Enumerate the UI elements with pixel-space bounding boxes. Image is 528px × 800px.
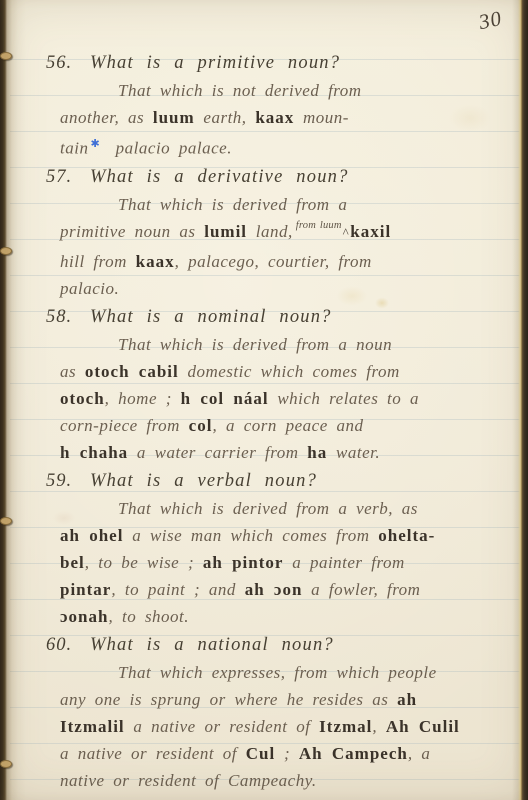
question-number: 59.	[46, 468, 90, 495]
text-segment: any one is sprung or where he resides as	[60, 690, 397, 709]
question-line: 56.What is a primitive noun?	[46, 50, 516, 77]
answer-line: another, as luum earth, kaax moun-	[60, 104, 516, 131]
answer-line: palacio.	[60, 275, 516, 302]
text-segment: moun-	[294, 108, 349, 127]
maya-word: ohelta-	[378, 526, 435, 545]
text-segment: That which expresses, from which people	[118, 663, 437, 682]
entries: 56.What is a primitive noun? That which …	[46, 50, 516, 796]
binding-stitch	[0, 517, 12, 525]
question-line: 58.What is a nominal noun?	[46, 304, 516, 331]
maya-word: ɔonah	[60, 607, 108, 626]
maya-word: h chaha	[60, 443, 128, 462]
text-segment: another, as	[60, 108, 153, 127]
answer-lines: That which is derived from aprimitive no…	[46, 191, 516, 302]
text-segment: , a	[408, 744, 431, 763]
qa-entry: 60.What is a national noun? That which e…	[46, 632, 516, 794]
maya-word: Itzmalil	[60, 717, 125, 736]
text-segment: , home ;	[105, 389, 181, 408]
maya-word: luum	[153, 108, 195, 127]
text-segment: water.	[327, 443, 380, 462]
qa-entry: 58.What is a nominal noun? That which is…	[46, 304, 516, 466]
maya-word: ah ɔon	[245, 580, 303, 599]
text-segment: That which is derived from a verb, as	[118, 499, 418, 518]
answer-line: bel, to be wise ; ah pintor a painter fr…	[60, 549, 516, 576]
question-text: What is a nominal noun?	[90, 307, 332, 327]
text-segment: a native or resident of	[60, 744, 246, 763]
text-segment: That which is not derived from	[118, 81, 362, 100]
blue-asterisk-mark: ✱	[90, 138, 99, 150]
qa-entry: 56.What is a primitive noun? That which …	[46, 50, 516, 162]
text-segment: a wise man which comes from	[123, 526, 378, 545]
answer-line: ɔonah, to shoot.	[60, 603, 516, 630]
answer-line: pintar, to paint ; and ah ɔon a fowler, …	[60, 576, 516, 603]
question-text: What is a verbal noun?	[90, 471, 317, 491]
answer-line: ah ohel a wise man which comes from ohel…	[60, 522, 516, 549]
answer-lines: That which expresses, from which peoplea…	[46, 659, 516, 794]
maya-word: bel	[60, 553, 85, 572]
question-number: 60.	[46, 632, 90, 659]
question-line: 60.What is a national noun?	[46, 632, 516, 659]
answer-line: primitive noun as lumil land,from luum^k…	[60, 218, 516, 248]
answer-line: Itzmalil a native or resident of Itzmal,…	[60, 713, 516, 740]
maya-word: pintar	[60, 580, 111, 599]
maya-word: Ah Campech	[299, 744, 408, 763]
answer-line: native or resident of Campeachy.	[60, 767, 516, 794]
binding-edge	[0, 0, 26, 800]
text-segment: , to paint ; and	[111, 580, 244, 599]
insertion-caret: ^	[343, 225, 350, 240]
text-segment: corn-piece from	[60, 416, 189, 435]
maya-word: ah pintor	[203, 553, 284, 572]
text-segment: , to be wise ;	[85, 553, 203, 572]
maya-word: Itzmal	[319, 717, 372, 736]
maya-word: ah ohel	[60, 526, 123, 545]
qa-entry: 59.What is a verbal noun? That which is …	[46, 468, 516, 630]
maya-word: otoch cabil	[85, 362, 179, 381]
answer-lines: That which is not derived fromanother, a…	[46, 77, 516, 162]
text-segment: ;	[275, 744, 299, 763]
question-number: 58.	[46, 304, 90, 331]
text-segment: palacio.	[60, 279, 119, 298]
answer-line: otoch, home ; h col náal which relates t…	[60, 385, 516, 412]
text-segment: a water carrier from	[128, 443, 307, 462]
manuscript-page: 30 56.What is a primitive noun? That whi…	[0, 0, 528, 800]
text-segment: native or resident of Campeachy.	[60, 771, 317, 790]
interlinear-note: from luum	[296, 212, 342, 239]
question-number: 57.	[46, 164, 90, 191]
qa-entry: 57.What is a derivative noun? That which…	[46, 164, 516, 302]
maya-word: Ah Culil	[386, 717, 460, 736]
answer-line: a native or resident of Cul ; Ah Campech…	[60, 740, 516, 767]
text-segment: That which is derived from a noun	[118, 335, 392, 354]
maya-word: Cul	[246, 744, 275, 763]
answer-line: h chaha a water carrier from ha water.	[60, 439, 516, 466]
answer-line: as otoch cabil domestic which comes from	[60, 358, 516, 385]
text-segment: domestic which comes from	[179, 362, 400, 381]
question-line: 57.What is a derivative noun?	[46, 164, 516, 191]
text-segment: , to shoot.	[108, 607, 189, 626]
answer-line: hill from kaax, palacego, courtier, from	[60, 248, 516, 275]
answer-line: That which is derived from a verb, as	[118, 495, 516, 522]
answer-line: any one is sprung or where he resides as…	[60, 686, 516, 713]
text-segment: land,	[247, 222, 293, 241]
answer-line: corn-piece from col, a corn peace and	[60, 412, 516, 439]
text-segment: hill from	[60, 252, 136, 271]
maya-word: col	[189, 416, 213, 435]
answer-lines: That which is derived from a verb, asah …	[46, 495, 516, 630]
maya-word: ah	[397, 690, 417, 709]
text-segment: a painter from	[283, 553, 404, 572]
question-line: 59.What is a verbal noun?	[46, 468, 516, 495]
maya-word: lumil	[204, 222, 247, 241]
text-segment: primitive noun as	[60, 222, 204, 241]
maya-word: ha	[307, 443, 327, 462]
binding-stitch	[0, 247, 12, 255]
text-segment: as	[60, 362, 85, 381]
text-segment: ,	[372, 717, 386, 736]
question-number: 56.	[46, 50, 90, 77]
maya-word: kaax	[255, 108, 294, 127]
maya-word: otoch	[60, 389, 105, 408]
text-segment: palacio palace.	[116, 139, 232, 158]
answer-line: That which is derived from a noun	[118, 331, 516, 358]
question-text: What is a derivative noun?	[90, 167, 349, 187]
maya-word: kaxil	[350, 222, 391, 241]
binding-stitch	[0, 760, 12, 768]
text-segment: which relates to a	[269, 389, 419, 408]
text-segment: tain	[60, 139, 88, 158]
answer-lines: That which is derived from a nounas otoc…	[46, 331, 516, 466]
question-text: What is a national noun?	[90, 635, 334, 655]
maya-word: h col náal	[181, 389, 269, 408]
text-segment: a native or resident of	[125, 717, 320, 736]
page-number: 30	[477, 6, 505, 35]
text-segment: earth,	[195, 108, 256, 127]
text-segment: , palacego, courtier, from	[175, 252, 372, 271]
answer-line: That which expresses, from which people	[118, 659, 516, 686]
maya-word: kaax	[136, 252, 175, 271]
answer-line: tain✱palacio palace.	[60, 131, 516, 162]
text-segment: a fowler, from	[302, 580, 420, 599]
binding-stitch	[0, 52, 12, 60]
question-text: What is a primitive noun?	[90, 53, 340, 73]
answer-line: That which is not derived from	[118, 77, 516, 104]
text-segment: , a corn peace and	[212, 416, 363, 435]
